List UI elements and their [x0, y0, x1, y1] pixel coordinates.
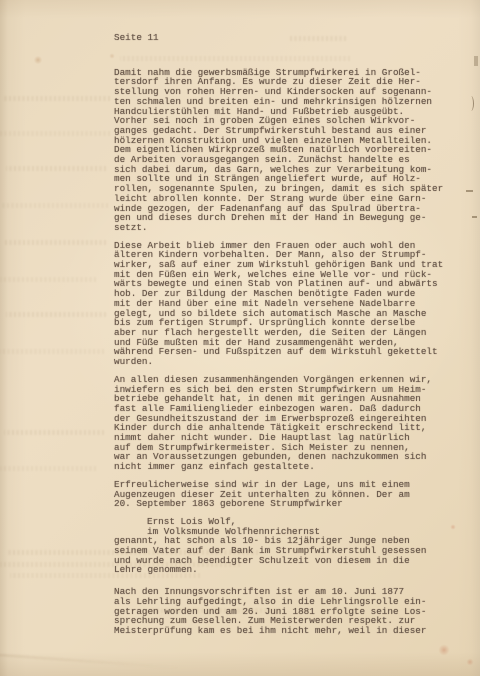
paragraph-1: Damit nahm die gewerbsmäßige Strumpfwirk…	[114, 68, 472, 233]
paragraph-5: genannt, hat schon als 10- bis 12jährige…	[114, 536, 472, 575]
bleedthrough-ghost-line	[6, 312, 106, 317]
ink-mark	[474, 56, 478, 66]
paper-crease	[0, 653, 180, 668]
document-body: Seite 11 Damit nahm die gewerbsmäßige St…	[114, 33, 472, 644]
bleedthrough-ghost-line	[0, 131, 110, 136]
paragraph-2: Diese Arbeit blieb immer den Frauen oder…	[114, 241, 472, 367]
bleedthrough-ghost-line	[6, 166, 106, 171]
bleedthrough-ghost-line	[0, 203, 108, 208]
bleedthrough-ghost-line	[4, 96, 110, 101]
ink-mark	[472, 216, 477, 218]
bleedthrough-ghost-line	[4, 430, 104, 435]
bleedthrough-ghost-line	[0, 349, 104, 354]
paragraph-6: Nach den Innungsvorschriften ist er am 1…	[114, 587, 472, 636]
scanned-document-page: Seite 11 Damit nahm die gewerbsmäßige St…	[0, 0, 480, 676]
page-number: Seite 11	[114, 33, 472, 43]
bleedthrough-ghost-line	[0, 277, 96, 282]
paragraph-3: An allen diesen zusammenhängenden Vorgän…	[114, 375, 472, 472]
bleedthrough-ghost-line	[0, 466, 96, 471]
paragraph-4: Erfreulicherweise sind wir in der Lage, …	[114, 480, 472, 509]
bleedthrough-ghost-line	[4, 240, 106, 245]
